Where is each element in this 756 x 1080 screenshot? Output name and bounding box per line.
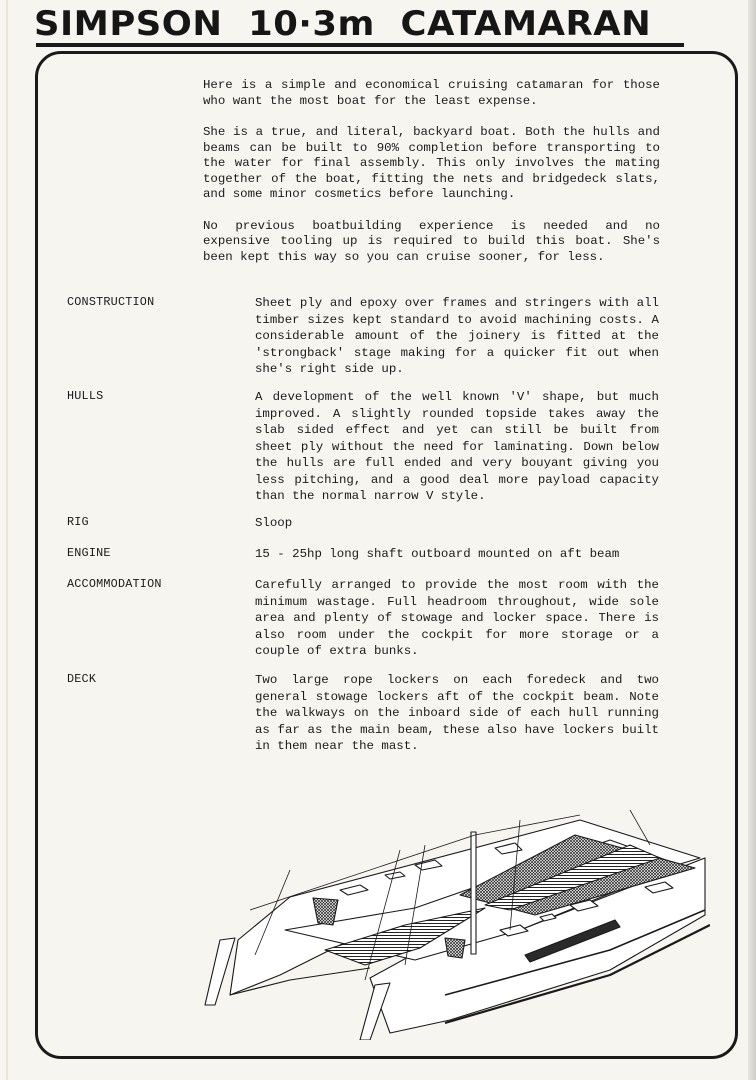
spec-label-construction: CONSTRUCTION xyxy=(67,295,154,311)
page-title: SIMPSON 10·3m CATAMARAN xyxy=(34,4,651,44)
spec-label-accommodation: ACCOMMODATION xyxy=(67,577,162,593)
spec-text-deck: Two large rope lockers on each foredeck … xyxy=(255,672,659,755)
intro-paragraph: She is a true, and literal, backyard boa… xyxy=(203,125,660,203)
page-gutter-shadow xyxy=(748,0,756,1080)
spec-text-engine: 15 - 25hp long shaft outboard mounted on… xyxy=(255,546,659,563)
intro-section: Here is a simple and economical cruising… xyxy=(203,78,660,281)
spec-label-deck: DECK xyxy=(67,672,96,688)
spec-label-hulls: HULLS xyxy=(67,389,103,405)
page-edge xyxy=(6,0,8,1080)
intro-paragraph: No previous boatbuilding experience is n… xyxy=(203,219,660,266)
spec-label-engine: ENGINE xyxy=(67,546,111,562)
title-underline xyxy=(36,43,684,47)
catamaran-illustration xyxy=(190,790,710,1040)
spec-text-accommodation: Carefully arranged to provide the most r… xyxy=(255,577,659,660)
spec-label-rig: RIG xyxy=(67,515,89,531)
spec-text-construction: Sheet ply and epoxy over frames and stri… xyxy=(255,295,659,378)
spec-text-rig: Sloop xyxy=(255,515,659,532)
intro-paragraph: Here is a simple and economical cruising… xyxy=(203,78,660,109)
spec-text-hulls: A development of the well known 'V' shap… xyxy=(255,389,659,505)
catamaran-drawing-icon xyxy=(190,790,710,1040)
